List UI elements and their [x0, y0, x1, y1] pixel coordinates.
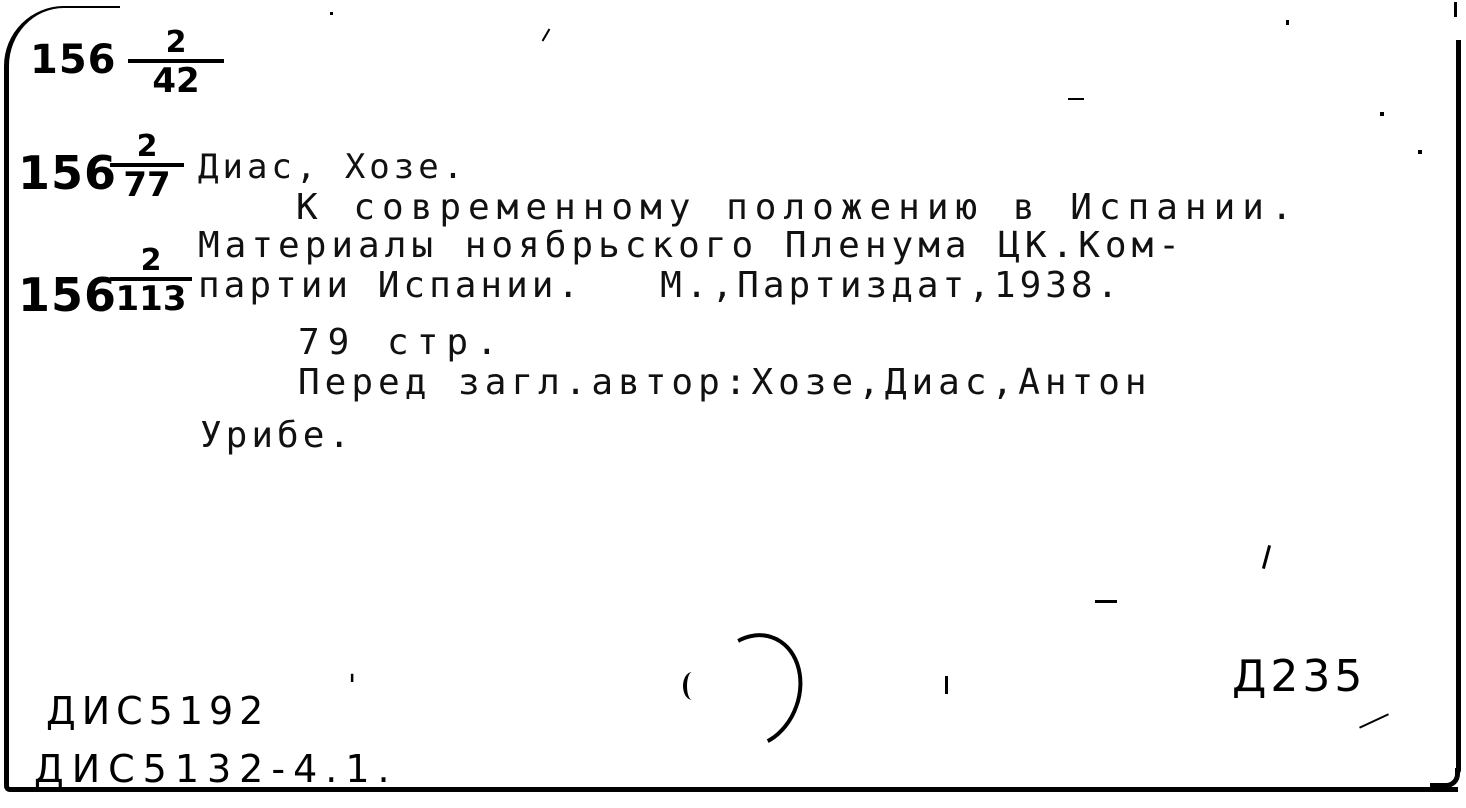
handwritten-inventory-number: Д235 [1232, 655, 1366, 699]
shelf-mark-3-numerator: 2 [141, 246, 162, 277]
shelf-mark-2-numerator: 2 [137, 132, 158, 163]
shelf-mark-2-fraction: 2 77 [110, 132, 184, 202]
shelf-mark-1-prefix: 156 [30, 40, 117, 80]
card-right-edge-fragment [1454, 2, 1457, 17]
handwritten-note-1-mark: ' [348, 672, 362, 702]
card-top-edge-gap [120, 0, 1466, 12]
handwritten-note-1: ДИС5192 [46, 692, 269, 730]
shelf-mark-1-fraction: 2 42 [128, 28, 224, 98]
shelf-mark-2-denominator: 77 [123, 167, 170, 202]
shelf-mark-2-prefix: 156 [18, 150, 117, 196]
speck [1380, 112, 1384, 116]
shelf-mark-1-denominator: 42 [152, 63, 199, 98]
pagination-line: 79 стр. [298, 325, 506, 361]
shelf-mark-3-denominator: 113 [116, 281, 187, 316]
title-line: К современному положению в Испании. [296, 190, 1300, 226]
shelf-mark-3-fraction: 2 113 [110, 246, 192, 316]
imprint-line: партии Испании. М.,Партиздат,1938. [198, 268, 1122, 304]
shelf-mark-1-numerator: 2 [166, 28, 187, 59]
handwritten-note-2: ДИС5132-4.1. [34, 750, 398, 788]
note-line-continued: Урибе. [200, 418, 354, 454]
speck [945, 676, 948, 694]
author-heading: Диас, Хозе. [198, 150, 467, 184]
speck [1286, 20, 1289, 25]
speck [1418, 150, 1422, 154]
card-right-edge [1456, 40, 1461, 775]
circle-stamp-fragment [683, 672, 701, 700]
subtitle-line: Материалы ноябрьского Пленума ЦК.Ком- [198, 228, 1185, 264]
shelf-mark-3-prefix: 156 [18, 272, 117, 318]
speck [1095, 600, 1117, 603]
note-line: Перед загл.автор:Хозе,Диас,Антон [298, 365, 1152, 401]
speck [330, 12, 333, 15]
speck [1068, 98, 1084, 100]
